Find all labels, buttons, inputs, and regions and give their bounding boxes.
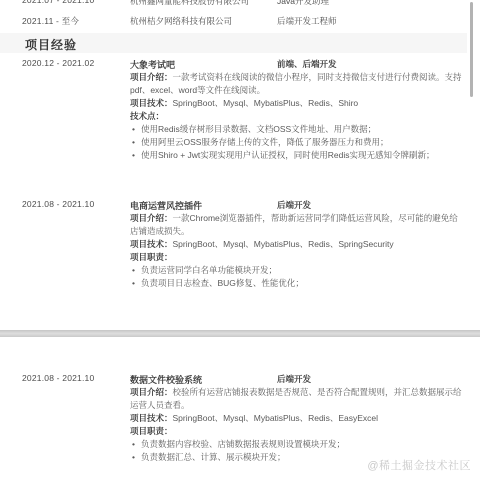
project-header: 2020.12 - 2021.02 大象考试吧 前端、后端开发 <box>0 58 480 71</box>
project-block-3: 2021.08 - 2021.10 数据文件校验系统 后端开发 项目介绍：校验所… <box>0 373 480 464</box>
tech-point-item: 使用阿里云OSS服务存储上传的文件，降低了服务器压力和费用； <box>130 136 462 149</box>
project-header: 2021.08 - 2021.10 电商运营风控插件 后端开发 <box>0 199 480 212</box>
project-name: 数据文件校验系统 <box>130 373 202 386</box>
duty-item: 负责项目日志检查、BUG修复、性能优化； <box>130 277 462 290</box>
intro-label: 项目介绍： <box>130 72 173 82</box>
project-tech: 项目技术：SpringBoot、Mysql、MybatisPlus、Redis、… <box>130 238 462 251</box>
project-body: 项目介绍：一款Chrome浏览器插件，帮助新运营同学们降低运营风险，尽可能的避免… <box>130 212 462 290</box>
page-break-divider <box>0 330 480 337</box>
project-tech: 项目技术：SpringBoot、Mysql、MybatisPlus、Redis、… <box>130 97 462 110</box>
project-role: 后端开发 <box>277 373 311 385</box>
project-intro: 项目介绍：校验所有运营店铺报表数据是否规范、是否符合配置规则，并汇总数据展示给运… <box>130 386 462 412</box>
tech-label: 项目技术： <box>130 98 173 108</box>
project-header: 2021.08 - 2021.10 数据文件校验系统 后端开发 <box>0 373 480 386</box>
work-date: 2021.07 - 2021.10 <box>22 0 94 5</box>
work-experience-row: 2021.11 - 至今 杭州桔夕网络科技有限公司 后端开发工程师 <box>0 15 480 27</box>
intro-text: 校验所有运营店铺报表数据是否规范、是否符合配置规则，并汇总数据展示给运营人员查看… <box>130 387 462 410</box>
tech-label: 项目技术： <box>130 239 173 249</box>
tech-points-label-row: 技术点： <box>130 110 462 123</box>
tech-text: SpringBoot、Mysql、MybatisPlus、Redis、Sprin… <box>173 239 394 249</box>
scrollbar-thumb[interactable] <box>470 2 473 97</box>
project-role: 后端开发 <box>277 199 311 211</box>
project-block-2: 2021.08 - 2021.10 电商运营风控插件 后端开发 项目介绍：一款C… <box>0 199 480 290</box>
section-title: 项目经验 <box>25 36 77 53</box>
work-date: 2021.11 - 至今 <box>22 15 79 27</box>
project-intro: 项目介绍：一款Chrome浏览器插件，帮助新运营同学们降低运营风险，尽可能的避免… <box>130 212 462 238</box>
duty-label: 项目职责： <box>130 252 173 262</box>
work-experience-row: 2021.07 - 2021.10 杭州鑫网量能科技股份有限公司 Java开发助… <box>0 0 480 7</box>
duty-label-row: 项目职责： <box>130 425 462 438</box>
intro-text: 一款考试资料在线阅读的微信小程序，同时支持微信支付进行付费阅读。支持pdf、ex… <box>130 72 462 95</box>
project-name: 大象考试吧 <box>130 58 175 71</box>
tech-text: SpringBoot、Mysql、MybatisPlus、Redis、EasyE… <box>173 413 379 423</box>
project-role: 前端、后端开发 <box>277 58 337 70</box>
tech-text: SpringBoot、Mysql、MybatisPlus、Redis、Shiro <box>173 98 359 108</box>
tech-point-item: 使用Shiro + Jwt实现实现用户认证授权，同时使用Redis实现无感知令牌… <box>130 149 462 162</box>
project-intro: 项目介绍：一款考试资料在线阅读的微信小程序，同时支持微信支付进行付费阅读。支持p… <box>130 71 462 97</box>
section-header-project-experience: 项目经验 <box>0 33 467 53</box>
project-date: 2021.08 - 2021.10 <box>22 199 94 209</box>
juejin-watermark: @稀土掘金技术社区 <box>367 457 471 473</box>
project-date: 2021.08 - 2021.10 <box>22 373 94 383</box>
project-block-1: 2020.12 - 2021.02 大象考试吧 前端、后端开发 项目介绍：一款考… <box>0 58 480 162</box>
intro-label: 项目介绍： <box>130 213 173 223</box>
points-label: 技术点： <box>130 111 164 121</box>
project-name: 电商运营风控插件 <box>130 199 202 212</box>
resume-page: 2021.07 - 2021.10 杭州鑫网量能科技股份有限公司 Java开发助… <box>0 0 480 480</box>
project-body: 项目介绍：校验所有运营店铺报表数据是否规范、是否符合配置规则，并汇总数据展示给运… <box>130 386 462 464</box>
work-title: 后端开发工程师 <box>277 15 337 27</box>
intro-text: 一款Chrome浏览器插件，帮助新运营同学们降低运营风险，尽可能的避免给店铺造成… <box>130 213 458 236</box>
project-tech: 项目技术：SpringBoot、Mysql、MybatisPlus、Redis、… <box>130 412 462 425</box>
intro-label: 项目介绍： <box>130 387 173 397</box>
tech-label: 项目技术： <box>130 413 173 423</box>
duty-item: 负责数据内容校验、店铺数据报表规则设置模块开发； <box>130 438 462 451</box>
work-company: 杭州鑫网量能科技股份有限公司 <box>130 0 249 7</box>
duty-label-row: 项目职责： <box>130 251 462 264</box>
scrollbar-track[interactable] <box>469 0 474 480</box>
tech-point-item: 使用Redis缓存树形目录数据、文档OSS文件地址、用户数据； <box>130 123 462 136</box>
duty-label: 项目职责： <box>130 426 173 436</box>
work-title: Java开发助理 <box>277 0 329 7</box>
project-body: 项目介绍：一款考试资料在线阅读的微信小程序，同时支持微信支付进行付费阅读。支持p… <box>130 71 462 162</box>
project-date: 2020.12 - 2021.02 <box>22 58 94 68</box>
work-company: 杭州桔夕网络科技有限公司 <box>130 15 232 27</box>
duty-item: 负责运营同学白名单功能模块开发； <box>130 264 462 277</box>
